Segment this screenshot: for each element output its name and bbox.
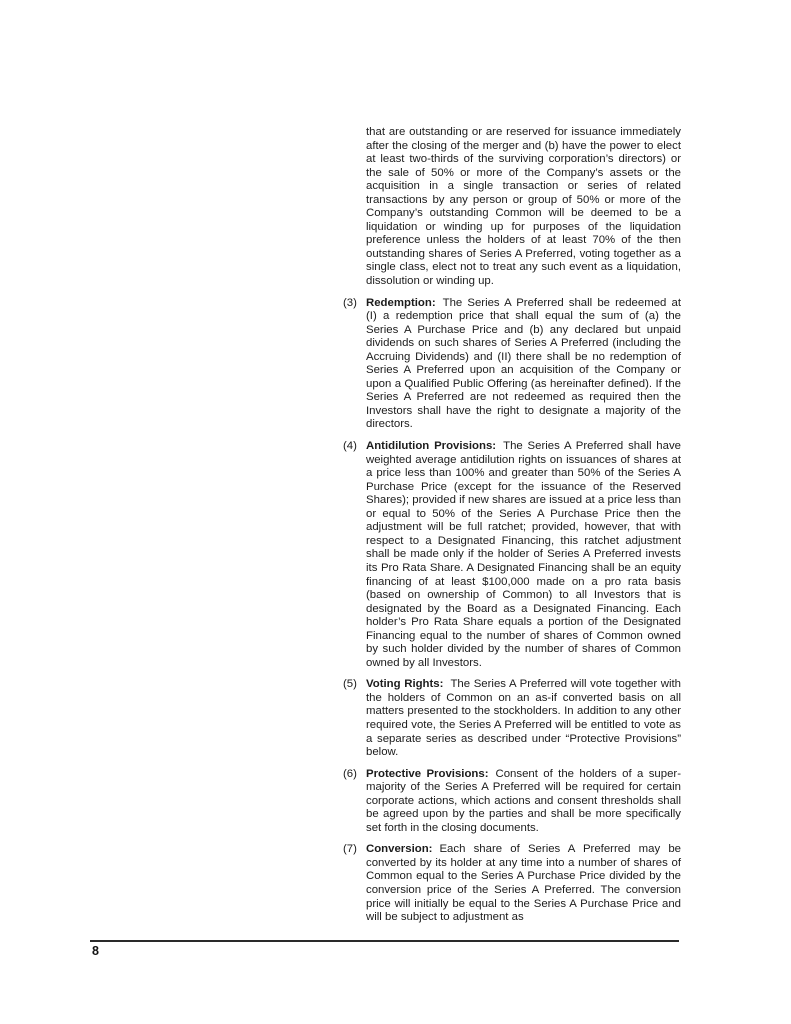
paragraph-antidilution: (4) Antidilution Provisions:The Series A… — [343, 440, 681, 670]
paragraph-label: Voting Rights: — [366, 678, 443, 690]
page-number: 8 — [92, 944, 99, 958]
paragraph-number: (3) — [343, 297, 366, 432]
paragraph-label: Antidilution Provisions: — [366, 440, 496, 452]
paragraph-redemption: (3) Redemption:The Series A Preferred sh… — [343, 297, 681, 432]
paragraph-text: The Series A Preferred shall be redeemed… — [366, 297, 681, 431]
paragraph-text: Each share of Series A Preferred may be … — [366, 843, 681, 923]
paragraph-label: Conversion: — [366, 843, 432, 855]
paragraph-label: Protective Provisions: — [366, 768, 489, 780]
paragraph-voting-rights: (5) Voting Rights:The Series A Preferred… — [343, 678, 681, 759]
paragraph-number: (4) — [343, 440, 366, 670]
paragraph-number: (7) — [343, 843, 366, 924]
paragraph-text: that are outstanding or are reserved for… — [366, 126, 681, 287]
paragraph-number: (6) — [343, 768, 366, 836]
paragraph-text: The Series A Preferred will vote togethe… — [366, 678, 681, 758]
paragraph-conversion: (7) Conversion:Each share of Series A Pr… — [343, 843, 681, 924]
paragraph-text: The Series A Preferred shall have weight… — [366, 440, 681, 669]
paragraph-continuation: that are outstanding or are reserved for… — [343, 126, 681, 289]
terms-content: that are outstanding or are reserved for… — [343, 126, 681, 933]
paragraph-protective-provisions: (6) Protective Provisions:Consent of the… — [343, 768, 681, 836]
paragraph-label: Redemption: — [366, 297, 436, 309]
paragraph-number — [343, 126, 366, 289]
document-page: that are outstanding or are reserved for… — [0, 0, 791, 1024]
footer-rule — [90, 940, 679, 942]
paragraph-number: (5) — [343, 678, 366, 759]
